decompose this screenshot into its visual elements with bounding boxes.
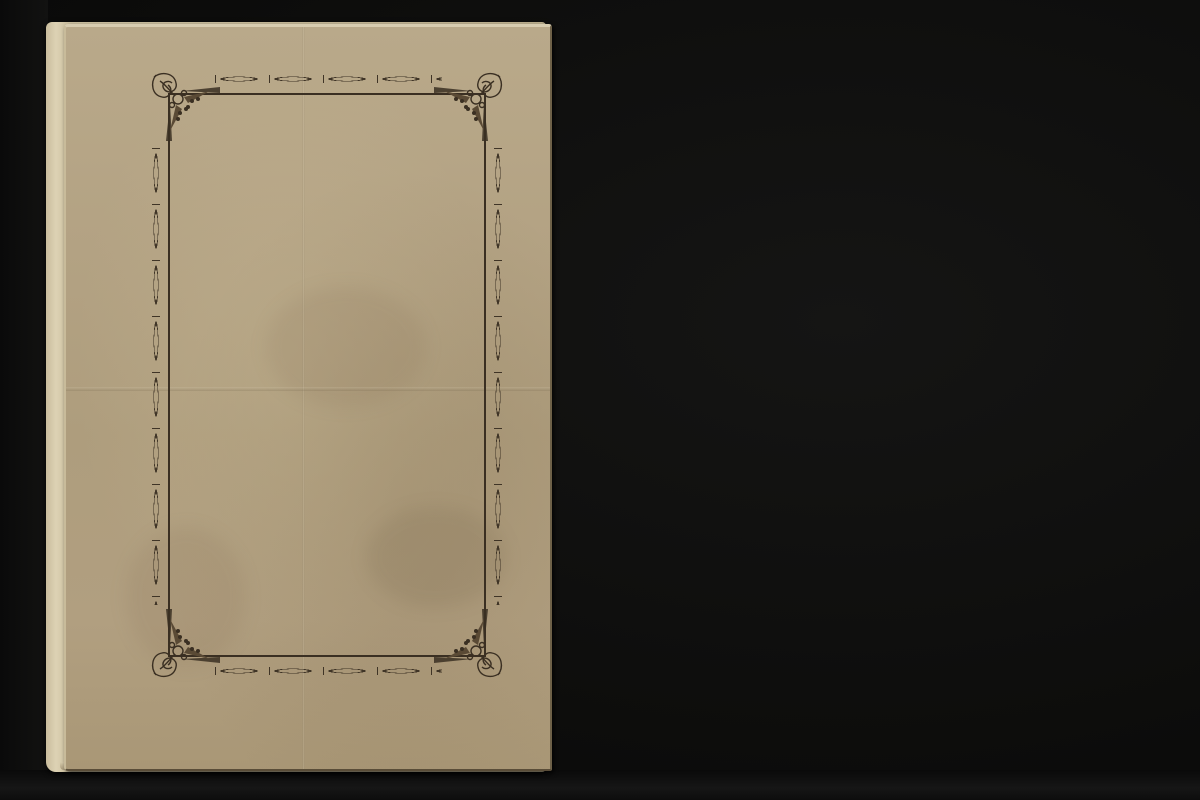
inner-rule-frame xyxy=(168,93,486,657)
pamphlet-cover xyxy=(64,24,552,771)
surface-edge xyxy=(0,770,1200,800)
corner-ornament-icon xyxy=(430,69,506,145)
right-chain-border xyxy=(494,145,502,605)
corner-ornament-icon xyxy=(148,69,224,145)
left-shadow xyxy=(0,0,48,800)
ornamental-border xyxy=(152,75,502,675)
corner-ornament-icon xyxy=(430,605,506,681)
top-chain-border xyxy=(212,75,442,83)
left-chain-border xyxy=(152,145,160,605)
corner-ornament-icon xyxy=(148,605,224,681)
bottom-chain-border xyxy=(212,667,442,675)
